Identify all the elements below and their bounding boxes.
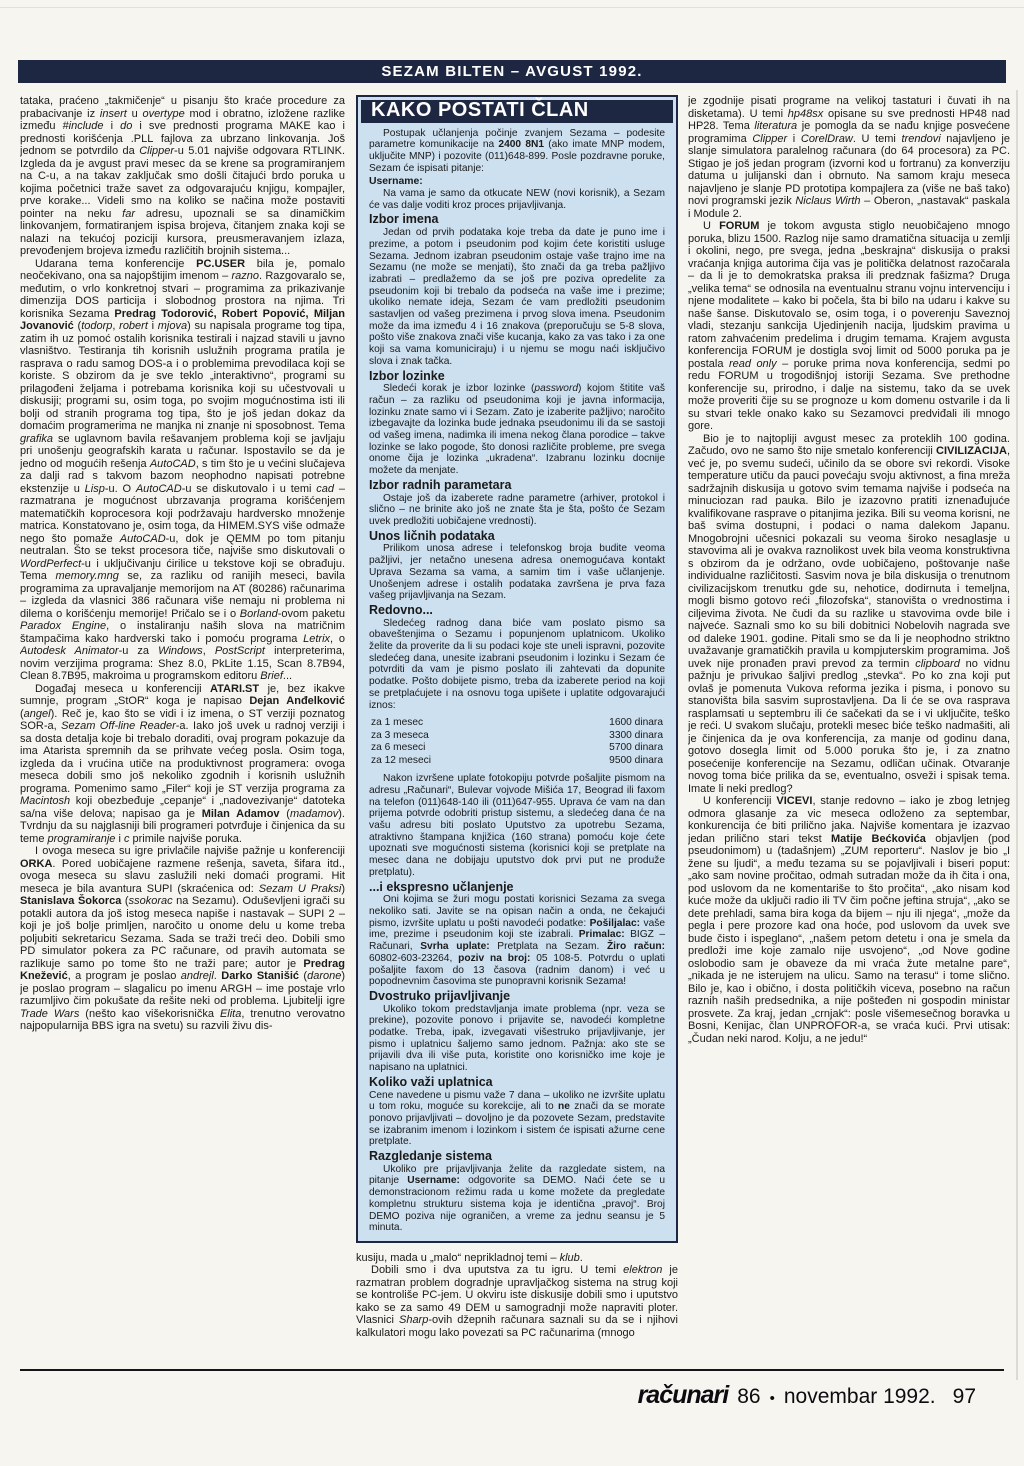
section-heading: Koliko važi uplatnica (369, 1077, 665, 1089)
paragraph: U konferenciji VICEVI, stanje redovno – … (688, 795, 1010, 1045)
price-row: za 12 meseci9500 dinara (371, 755, 663, 768)
bullet-icon: • (770, 1390, 775, 1407)
article-column-left: tataka, praćeno „takmičenje“ u pisanju š… (20, 95, 345, 1357)
article-column-middle: KAKO POSTATI ČLAN Postupak učlanjenja po… (356, 95, 678, 1357)
banner-title: SEZAM BILTEN – AVGUST 1992. (381, 63, 642, 80)
section-heading: Razgledanje sistema (369, 1151, 665, 1163)
footer-date: novembar 1992. (784, 1385, 936, 1409)
paragraph: Postupak učlanjenja počinje zvanjem Seza… (369, 128, 665, 175)
paragraph: Sledeći korak je izbor lozinke (password… (369, 383, 665, 477)
paragraph: Sledećeg radnog dana biće vam poslato pi… (369, 618, 665, 712)
paragraph: Prilikom unosa adrese i telefonskog broj… (369, 543, 665, 602)
price-table: za 1 mesec1600 dinaraza 3 meseca3300 din… (371, 717, 663, 767)
paragraph: I ovoga meseca su igre privlačile najviš… (20, 845, 345, 1033)
price-period: za 1 mesec (371, 717, 423, 730)
membership-box-title: KAKO POSTATI ČLAN (361, 100, 673, 123)
paragraph: Cene navedene u pismu važe 7 dana – ukol… (369, 1090, 665, 1149)
page-header-banner: SEZAM BILTEN – AVGUST 1992. (18, 60, 1006, 83)
section-heading: Izbor radnih parametara (369, 480, 665, 492)
section-heading: Redovno... (369, 605, 665, 617)
paragraph: Ostaje još da izaberete radne parametre … (369, 493, 665, 528)
price-amount: 3300 dinara (609, 730, 663, 743)
section-heading: Izbor imena (369, 214, 665, 226)
paragraph: Dobili smo i dva uputstva za tu igru. U … (356, 1264, 678, 1339)
magazine-logo: računari (638, 1381, 729, 1410)
price-row: za 6 meseci5700 dinara (371, 742, 663, 755)
price-amount: 1600 dinara (609, 717, 663, 730)
section-heading: Unos ličnih podataka (369, 531, 665, 543)
page-edge-line (0, 7, 1024, 8)
article-column-middle-text: kusiju, mada u „malo“ neprikladnoj temi … (356, 1252, 678, 1340)
issue-number: 86 (737, 1385, 760, 1409)
price-amount: 5700 dinara (609, 742, 663, 755)
paragraph: Nakon izvršene uplate fotokopiju potvrde… (369, 773, 665, 878)
price-row: za 1 mesec1600 dinara (371, 717, 663, 730)
price-period: za 12 meseci (371, 755, 431, 768)
paragraph: Ukoliko pre prijavljivanja želite da raz… (369, 1164, 665, 1234)
footer-divider (20, 1369, 1004, 1371)
membership-box-content: Postupak učlanjenja počinje zvanjem Seza… (361, 123, 673, 1238)
paragraph: tataka, praćeno „takmičenje“ u pisanju š… (20, 95, 345, 258)
price-amount: 9500 dinara (609, 755, 663, 768)
paragraph: kusiju, mada u „malo“ neprikladnoj temi … (356, 1252, 678, 1265)
paragraph: U FORUM je tokom avgusta stiglo neuobiča… (688, 220, 1010, 433)
paragraph: Bio je to najtopliji avgust mesec za pro… (688, 433, 1010, 796)
paragraph: Ukoliko tokom predstavljanja imate probl… (369, 1004, 665, 1074)
membership-box: KAKO POSTATI ČLAN Postupak učlanjenja po… (356, 95, 678, 1243)
paragraph: je zgodnije pisati programe na velikoj t… (688, 95, 1010, 220)
section-heading: Dvostruko prijavljivanje (369, 991, 665, 1003)
paragraph: Udarana tema konferencije PC.USER bila j… (20, 258, 345, 683)
price-row: za 3 meseca3300 dinara (371, 730, 663, 743)
section-heading: Username: (369, 176, 665, 188)
page-edge-line (1016, 90, 1018, 1380)
paragraph: Događaj meseca u konferenciji ATARI.ST j… (20, 683, 345, 846)
paragraph: Na vama je samo da otkucate NEW (novi ko… (369, 188, 665, 211)
section-heading: Izbor lozinke (369, 371, 665, 383)
footer: računari 86 • novembar 1992. 97 (638, 1381, 976, 1410)
section-heading: ...i ekspresno učlanjenje (369, 882, 665, 894)
paragraph: Jedan od prvih podataka koje treba da da… (369, 227, 665, 367)
paragraph: Oni kojima se žuri mogu postati korisnic… (369, 894, 665, 988)
page-number: 97 (953, 1385, 976, 1409)
price-period: za 3 meseca (371, 730, 429, 743)
article-column-right: je zgodnije pisati programe na velikoj t… (688, 95, 1010, 1357)
price-period: za 6 meseci (371, 742, 425, 755)
